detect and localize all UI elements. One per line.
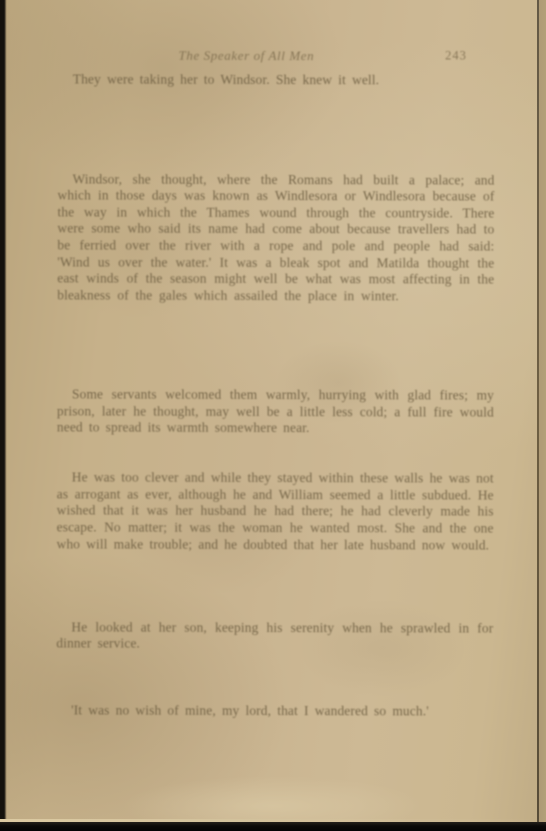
left-binding-strip [0, 0, 7, 831]
text-body: They were taking her to Windsor. She kne… [56, 71, 495, 719]
page-content: The Speaker of All Men 243 They were tak… [56, 47, 495, 719]
page-number: 243 [445, 48, 467, 63]
paragraph: He dismissed the guards for he did not w… [56, 553, 493, 621]
paragraph: Edward the Confessor used to keep Court … [57, 304, 494, 388]
paragraph: He looked at her son, keeping his sereni… [56, 619, 493, 653]
book-page-scan: The Speaker of All Men 243 They were tak… [0, 0, 546, 831]
running-head: The Speaker of All Men 243 [58, 47, 495, 72]
paragraph: 'So we meet at last,' he said. 'By God's… [56, 652, 493, 703]
running-head-title: The Speaker of All Men [58, 47, 435, 64]
paragraph: What would he do to her there? Imprison … [58, 88, 495, 172]
bottom-scanner-bar [0, 822, 546, 831]
paragraph: The queen tightened. Of this thing he wa… [57, 436, 494, 470]
right-margin-strip [539, 0, 546, 831]
paragraph: Some servants welcomed them warmly, hurr… [57, 387, 494, 438]
page-edge-line [537, 0, 539, 823]
paragraph: He was too clever and while they stayed … [57, 470, 494, 554]
paragraph: 'It was no wish of mine, my lord, that I… [56, 702, 493, 720]
paragraph: Windsor, she thought, where the Romans h… [57, 171, 494, 305]
paragraph: They were taking her to Windsor. She kne… [58, 71, 495, 89]
